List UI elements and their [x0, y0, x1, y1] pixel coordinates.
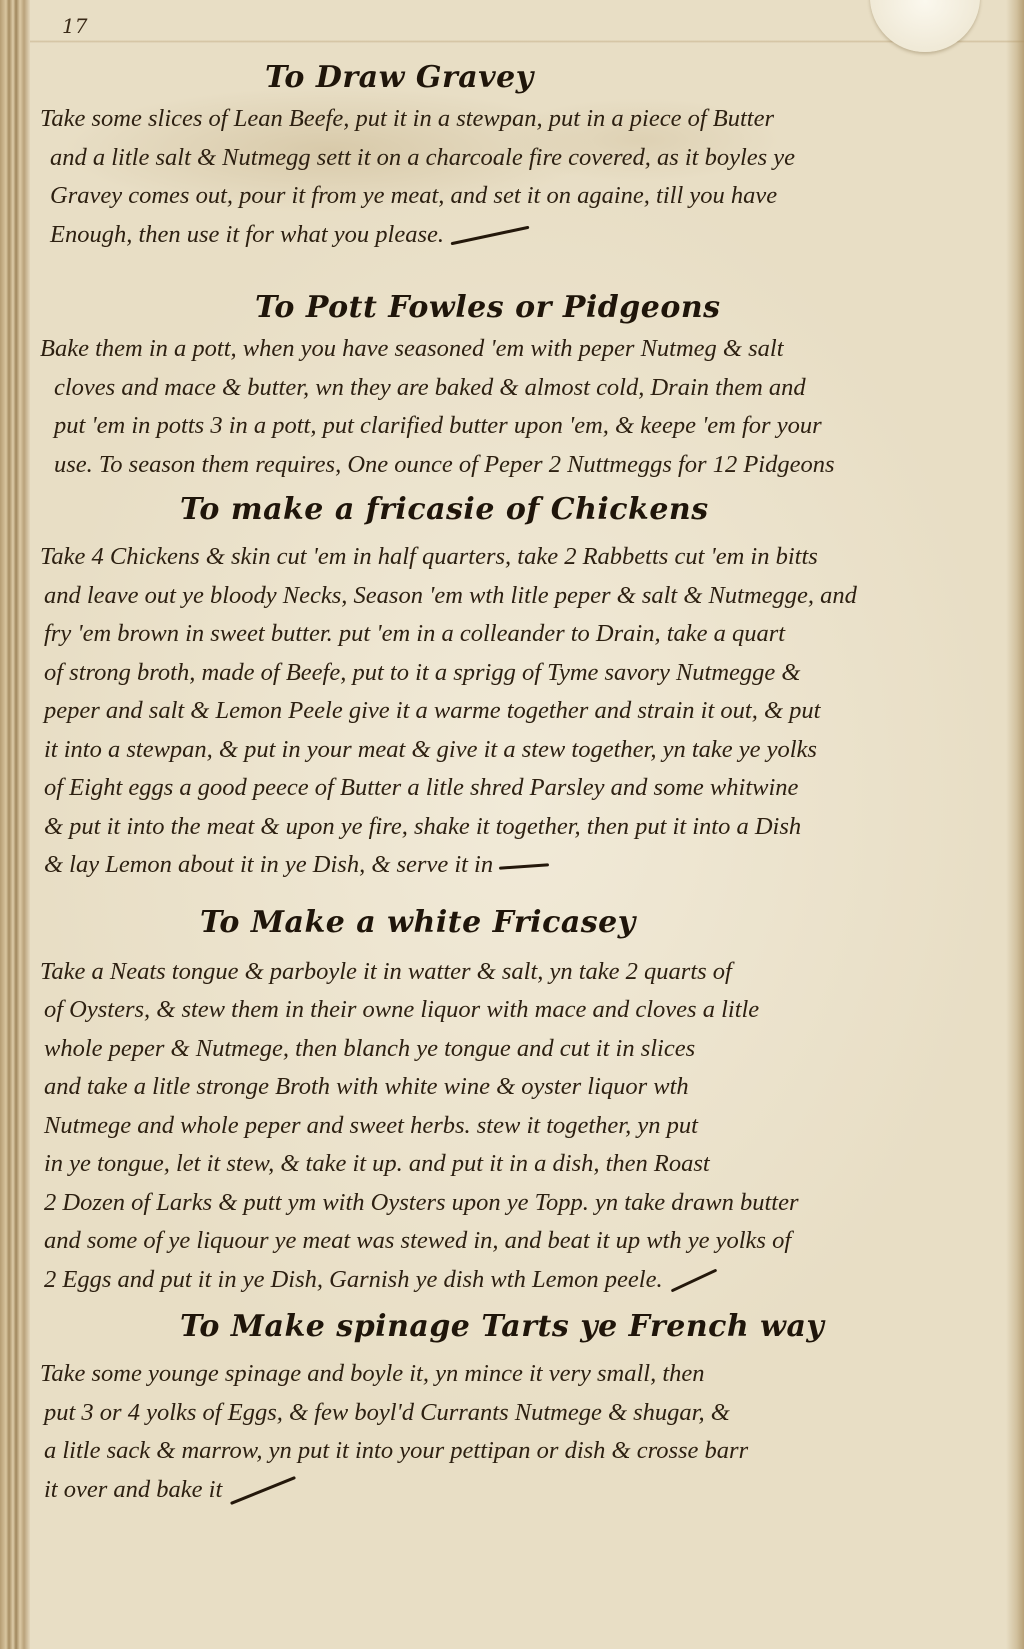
- recipe-list: To Draw Gravey Take some slices of Lean …: [40, 48, 1000, 1509]
- recipe-line-text: 2 Eggs and put it in ye Dish, Garnish ye…: [44, 1266, 663, 1293]
- recipe-line: of strong broth, made of Beefe, put to i…: [40, 654, 1000, 693]
- paper-tab-marker: [870, 0, 980, 52]
- recipe-line: Gravey comes out, pour it from ye meat, …: [40, 177, 1000, 216]
- recipe-line: cloves and mace & butter, wn they are ba…: [40, 369, 1000, 408]
- recipe-title: To Make a white Fricasey: [40, 901, 1000, 945]
- recipe-line: Take some slices of Lean Beefe, put it i…: [40, 100, 1000, 139]
- recipe-line: and some of ye liquour ye meat was stewe…: [40, 1222, 1000, 1261]
- recipe-line: peper and salt & Lemon Peele give it a w…: [40, 692, 1000, 731]
- recipe-fricasie-chickens: To make a fricasie of Chickens Take 4 Ch…: [40, 488, 1000, 885]
- recipe-body: Take some slices of Lean Beefe, put it i…: [40, 100, 1000, 254]
- recipe-title: To Pott Fowles or Pidgeons: [40, 286, 1000, 330]
- recipe-line: Nutmege and whole peper and sweet herbs.…: [40, 1107, 1000, 1146]
- folio-number: 17: [62, 14, 87, 38]
- recipe-line: and a litle salt & Nutmegg sett it on a …: [40, 139, 1000, 178]
- recipe-title: To Make spinage Tarts ye French way: [40, 1305, 1000, 1349]
- page-right-edge: [1006, 0, 1024, 1649]
- recipe-line: & put it into the meat & upon ye fire, s…: [40, 808, 1000, 847]
- recipe-line: in ye tongue, let it stew, & take it up.…: [40, 1145, 1000, 1184]
- recipe-line-text: Enough, then use it for what you please.: [50, 221, 444, 248]
- recipe-title: To make a fricasie of Chickens: [40, 488, 1000, 532]
- recipe-line: and take a litle stronge Broth with whit…: [40, 1068, 1000, 1107]
- end-flourish-icon: [499, 863, 549, 869]
- recipe-spinage-tarts: To Make spinage Tarts ye French way Take…: [40, 1305, 1000, 1509]
- recipe-line: put 'em in potts 3 in a pott, put clarif…: [40, 407, 1000, 446]
- recipe-white-fricasey: To Make a white Fricasey Take a Neats to…: [40, 901, 1000, 1300]
- book-binding-edge: [0, 0, 30, 1649]
- recipe-line: Take some younge spinage and boyle it, y…: [40, 1355, 1000, 1394]
- recipe-line: 2 Dozen of Larks & putt ym with Oysters …: [40, 1184, 1000, 1223]
- recipe-body: Take 4 Chickens & skin cut 'em in half q…: [40, 538, 1000, 885]
- recipe-line: fry 'em brown in sweet butter. put 'em i…: [40, 615, 1000, 654]
- recipe-line: of Oysters, & stew them in their owne li…: [40, 991, 1000, 1030]
- recipe-line: of Eight eggs a good peece of Butter a l…: [40, 769, 1000, 808]
- page-fold-line: [30, 40, 1024, 43]
- recipe-line: use. To season them requires, One ounce …: [40, 446, 1000, 485]
- recipe-title: To Draw Gravey: [40, 56, 1000, 100]
- recipe-draw-gravey: To Draw Gravey Take some slices of Lean …: [40, 56, 1000, 254]
- recipe-line-text: it over and bake it: [44, 1476, 222, 1503]
- end-flourish-icon: [670, 1269, 717, 1293]
- recipe-line: whole peper & Nutmege, then blanch ye to…: [40, 1030, 1000, 1069]
- recipe-line-text: & lay Lemon about it in ye Dish, & serve…: [44, 851, 493, 878]
- end-flourish-icon: [451, 226, 530, 246]
- end-flourish-icon: [230, 1476, 296, 1505]
- recipe-pott-fowles: To Pott Fowles or Pidgeons Bake them in …: [40, 286, 1000, 484]
- recipe-line: Take a Neats tongue & parboyle it in wat…: [40, 953, 1000, 992]
- recipe-body: Bake them in a pott, when you have seaso…: [40, 330, 1000, 484]
- recipe-line: & lay Lemon about it in ye Dish, & serve…: [40, 846, 1000, 885]
- recipe-line: Bake them in a pott, when you have seaso…: [40, 330, 1000, 369]
- recipe-line: it over and bake it: [40, 1471, 1000, 1510]
- recipe-line: put 3 or 4 yolks of Eggs, & few boyl'd C…: [40, 1394, 1000, 1433]
- recipe-body: Take some younge spinage and boyle it, y…: [40, 1355, 1000, 1509]
- recipe-line: and leave out ye bloody Necks, Season 'e…: [40, 577, 1000, 616]
- recipe-body: Take a Neats tongue & parboyle it in wat…: [40, 953, 1000, 1300]
- recipe-line: Take 4 Chickens & skin cut 'em in half q…: [40, 538, 1000, 577]
- recipe-line: 2 Eggs and put it in ye Dish, Garnish ye…: [40, 1261, 1000, 1300]
- recipe-line: Enough, then use it for what you please.: [40, 216, 1000, 255]
- recipe-line: it into a stewpan, & put in your meat & …: [40, 731, 1000, 770]
- manuscript-page: 17 To Draw Gravey Take some slices of Le…: [0, 0, 1024, 1649]
- recipe-line: a litle sack & marrow, yn put it into yo…: [40, 1432, 1000, 1471]
